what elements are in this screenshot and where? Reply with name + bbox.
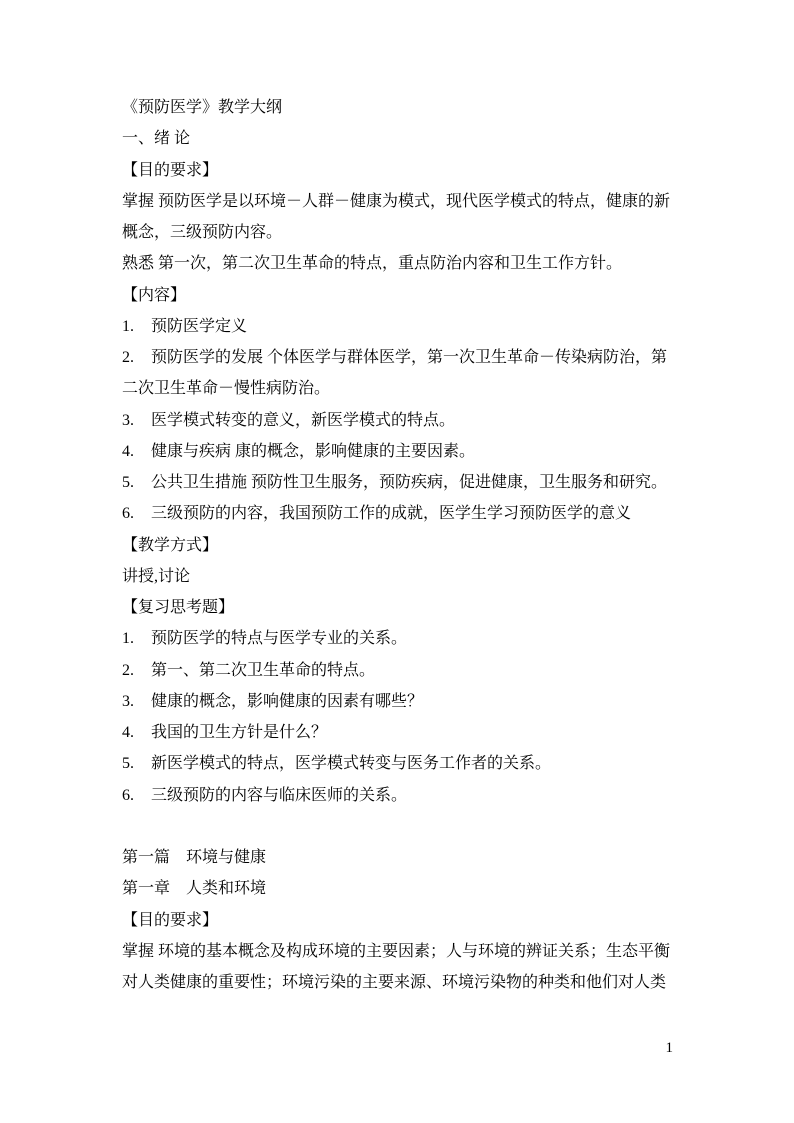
list-item: 2.第一、第二次卫生革命的特点。	[122, 655, 682, 686]
list-item: 2.预防医学的发展 个体医学与群体医学，第一次卫生革命－传染病防治，第	[122, 342, 682, 373]
list-text: 公共卫生措施 预防性卫生服务，预防疾病，促进健康，卫生服务和研究。	[151, 474, 667, 491]
list-text: 我国的卫生方针是什么？	[151, 724, 327, 741]
list-text: 三级预防的内容，我国预防工作的成就，医学生学习预防医学的意义	[151, 505, 631, 522]
list-item: 3.医学模式转变的意义，新医学模式的特点。	[122, 405, 682, 436]
list-number: 1.	[122, 623, 151, 654]
list-number: 2.	[122, 655, 151, 686]
bracket-heading-objectives: 【目的要求】	[122, 155, 682, 186]
list-number: 4.	[122, 436, 151, 467]
list-number: 2.	[122, 342, 151, 373]
blank-line	[122, 811, 682, 842]
paragraph-line: 掌握 预防医学是以环境－人群－健康为模式，现代医学模式的特点，健康的新	[122, 186, 682, 217]
bracket-heading-content: 【内容】	[122, 280, 682, 311]
text-block: 《预防医学》教学大纲 一、绪 论 【目的要求】 掌握 预防医学是以环境－人群－健…	[122, 92, 682, 998]
bracket-heading-teaching-method: 【教学方式】	[122, 530, 682, 561]
list-number: 5.	[122, 748, 151, 779]
bracket-heading-review-questions: 【复习思考题】	[122, 592, 682, 623]
list-item: 4.我国的卫生方针是什么？	[122, 717, 682, 748]
section-heading-intro: 一、绪 论	[122, 123, 682, 154]
list-text: 新医学模式的特点，医学模式转变与医务工作者的关系。	[151, 755, 551, 772]
document-page: 《预防医学》教学大纲 一、绪 论 【目的要求】 掌握 预防医学是以环境－人群－健…	[0, 0, 794, 1123]
page-number: 1	[122, 1038, 673, 1058]
list-item: 6.三级预防的内容与临床医师的关系。	[122, 780, 682, 811]
list-text: 三级预防的内容与临床医师的关系。	[151, 787, 407, 804]
paragraph-line: 熟悉 第一次，第二次卫生革命的特点，重点防治内容和卫生工作方针。	[122, 248, 682, 279]
list-number: 4.	[122, 717, 151, 748]
list-text: 预防医学的发展 个体医学与群体医学，第一次卫生革命－传染病防治，第	[151, 349, 667, 366]
list-number: 3.	[122, 405, 151, 436]
list-number: 6.	[122, 498, 151, 529]
list-item: 1.预防医学的特点与医学专业的关系。	[122, 623, 682, 654]
list-item: 1.预防医学定义	[122, 311, 682, 342]
paragraph-line: 对人类健康的重要性；环境污染的主要来源、环境污染物的种类和他们对人类	[122, 967, 682, 998]
list-text: 预防医学定义	[151, 318, 247, 335]
list-text: 第一、第二次卫生革命的特点。	[151, 662, 375, 679]
paragraph-line: 讲授,讨论	[122, 561, 682, 592]
bracket-heading-objectives: 【目的要求】	[122, 905, 682, 936]
list-text: 预防医学的特点与医学专业的关系。	[151, 630, 407, 647]
paragraph-line: 概念，三级预防内容。	[122, 217, 682, 248]
list-item: 3.健康的概念，影响健康的因素有哪些？	[122, 686, 682, 717]
list-item: 6.三级预防的内容，我国预防工作的成就，医学生学习预防医学的意义	[122, 498, 682, 529]
list-item-continuation: 二次卫生革命－慢性病防治。	[122, 373, 682, 404]
list-number: 6.	[122, 780, 151, 811]
chapter-heading: 第一章 人类和环境	[122, 873, 682, 904]
list-text: 健康与疾病 康的概念，影响健康的主要因素。	[151, 443, 475, 460]
list-number: 1.	[122, 311, 151, 342]
list-item: 5.公共卫生措施 预防性卫生服务，预防疾病，促进健康，卫生服务和研究。	[122, 467, 682, 498]
paragraph-line: 掌握 环境的基本概念及构成环境的主要因素；人与环境的辨证关系；生态平衡	[122, 936, 682, 967]
list-text: 健康的概念，影响健康的因素有哪些？	[151, 693, 423, 710]
doc-title: 《预防医学》教学大纲	[122, 92, 682, 123]
list-number: 3.	[122, 686, 151, 717]
list-text: 医学模式转变的意义，新医学模式的特点。	[151, 412, 455, 429]
list-number: 5.	[122, 467, 151, 498]
list-item: 5.新医学模式的特点，医学模式转变与医务工作者的关系。	[122, 748, 682, 779]
part-heading: 第一篇 环境与健康	[122, 842, 682, 873]
list-item: 4.健康与疾病 康的概念，影响健康的主要因素。	[122, 436, 682, 467]
